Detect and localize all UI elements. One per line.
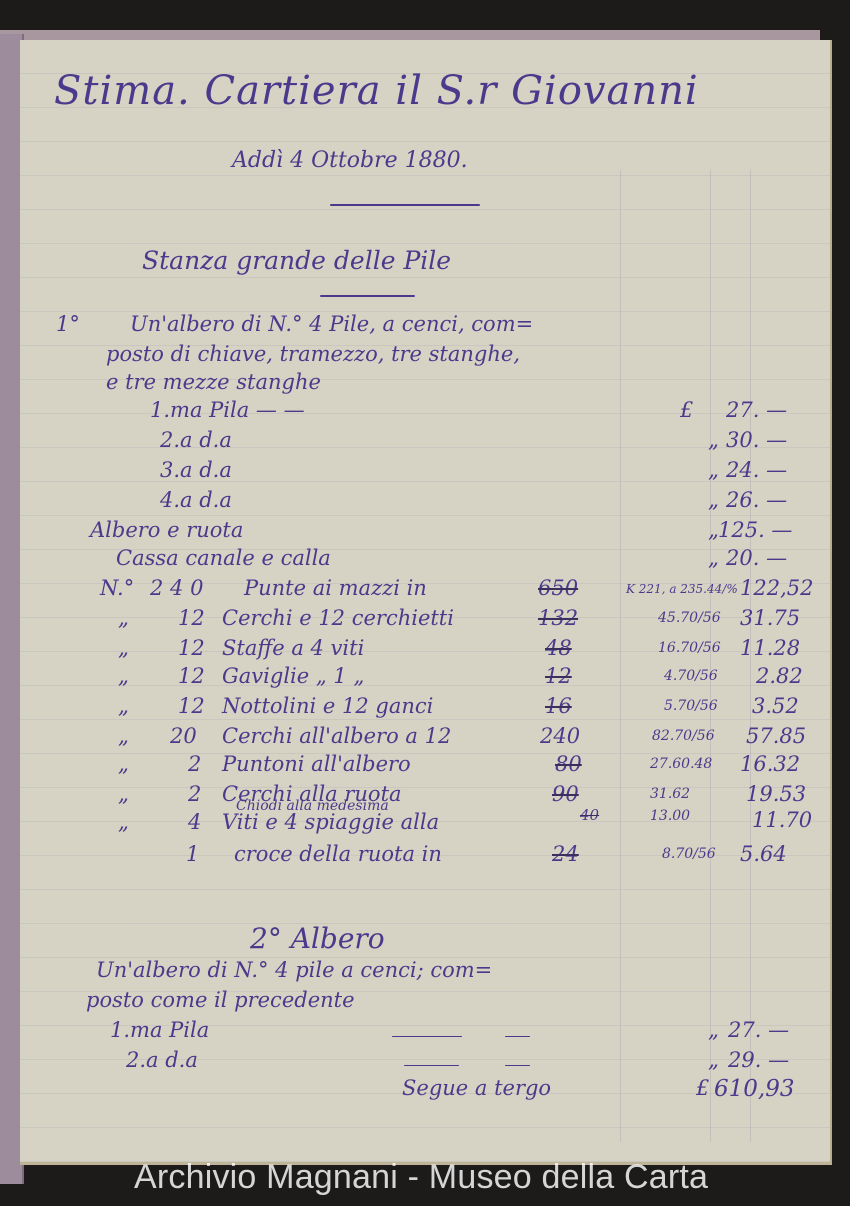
calc-note: 5.70/56 [664,698,718,714]
amount: 5.64 [740,842,787,866]
amount: 26. — [726,488,787,512]
struck-value: 12 [545,664,572,688]
item-label: Puntoni all'albero [222,752,411,776]
extra-label: Albero e ruota [90,518,243,542]
archive-watermark: Archivio Magnani - Museo della Carta [134,1158,708,1197]
carry-forward-total: 610,93 [714,1076,794,1102]
item-number: 1° [56,312,80,336]
qty-prefix: N.° [100,576,134,600]
qty-prefix: „ [118,636,129,660]
currency-mark: £ [680,398,693,422]
qty: 2 [188,752,201,776]
amount: 30. — [726,428,787,452]
qty: 12 [178,664,205,688]
qty-prefix: „ [118,724,129,748]
item-label: Nottolini e 12 ganci [222,694,433,718]
amount: 29. — [728,1048,789,1072]
dash-line [505,1065,530,1066]
amount: 20. — [726,546,787,570]
currency-mark: „ [708,428,719,452]
calc-note: 16.70/56 [658,640,721,656]
struck-value: 132 [538,606,578,630]
amount: 2.82 [756,664,803,688]
amount: 57.85 [746,724,806,748]
qty-prefix: „ [118,782,129,806]
struck-value: 650 [538,576,578,600]
currency-mark: „ [708,488,719,512]
currency-mark: „ [708,546,719,570]
struck-value: 16 [545,694,572,718]
struck-value: 24 [552,842,579,866]
amount: 16.32 [740,752,800,776]
description-line: Un'albero di N.° 4 pile a cenci; com= [96,958,492,982]
qty: 2 4 0 [150,576,203,600]
description-line: posto come il precedente [86,988,355,1012]
qty: 4 [188,810,201,834]
qty-prefix: „ [118,664,129,688]
amount: 125. — [718,518,792,542]
qty-prefix: „ [118,606,129,630]
document-title: Stima. Cartiera il S.r Giovanni [54,68,699,114]
qty-prefix: „ [118,752,129,776]
description-line: Un'albero di N.° 4 Pile, a cenci, com= [130,312,533,336]
currency-mark: „ [708,1018,719,1042]
item-label: Viti e 4 spiaggie alla [222,810,439,834]
carry-forward-label: Segue a tergo [402,1076,551,1100]
calc-note: 8.70/56 [662,846,716,862]
pile-label: 1.ma Pila [110,1018,209,1042]
dash-line [392,1036,462,1037]
dash-line [505,1036,530,1037]
amount: 31.75 [740,606,800,630]
qty: 12 [178,606,205,630]
pile-label: 1.ma Pila — — [150,398,305,422]
struck-value: 240 [540,724,580,748]
section-heading: 2° Albero [250,922,385,955]
item-label: Gaviglie „ 1 „ [222,664,364,688]
extra-label: Cassa canale e calla [116,546,331,570]
calc-note: 4.70/56 [664,668,718,684]
item-label: croce della ruota in [234,842,442,866]
section-flourish [320,295,415,297]
qty: 2 [188,782,201,806]
amount: 11.28 [740,636,800,660]
pile-label: 3.a d.a [160,458,232,482]
struck-value: 40 [580,806,599,824]
section-heading: Stanza grande delle Pile [142,246,451,275]
amount: 27. — [728,1018,789,1042]
amount: 27. — [726,398,787,422]
pile-label: 4.a d.a [160,488,232,512]
item-label: Cerchi all'albero a 12 [222,724,451,748]
item-label: Staffe a 4 viti [222,636,364,660]
document-date: Addì 4 Ottobre 1880. [232,148,468,173]
calc-note: 82.70/56 [652,728,715,744]
qty: 12 [178,694,205,718]
title-flourish [330,204,480,206]
currency-mark: £ [696,1076,709,1100]
currency-mark: „ [708,1048,719,1072]
qty-prefix: „ [118,810,129,834]
column-rule [620,170,621,1142]
struck-value: 90 [552,782,579,806]
description-line: e tre mezze stanghe [106,370,321,394]
calc-note: 45.70/56 [658,610,721,626]
qty: 1 [186,842,199,866]
description-line: posto di chiave, tramezzo, tre stanghe, [106,342,520,366]
pile-label: 2.a d.a [126,1048,198,1072]
struck-value: 48 [545,636,572,660]
calc-note: 31.62 [650,786,690,802]
amount: 11.70 [752,808,812,832]
qty-prefix: „ [118,694,129,718]
calc-note: K 221, a 235.44/% [626,582,738,596]
amount: 19.53 [746,782,806,806]
item-label: Cerchi e 12 cerchietti [222,606,454,630]
pile-label: 2.a d.a [160,428,232,452]
qty: 20 [170,724,197,748]
column-rule [710,170,711,1142]
amount: 122,52 [740,576,813,600]
qty: 12 [178,636,205,660]
item-label: Punte ai mazzi in [244,576,427,600]
currency-mark: „ [708,458,719,482]
amount: 24. — [726,458,787,482]
dash-line [404,1065,459,1066]
amount: 3.52 [752,694,799,718]
struck-value: 80 [555,752,582,776]
calc-note: 13.00 [650,808,690,824]
calc-note: 27.60.48 [650,756,712,772]
